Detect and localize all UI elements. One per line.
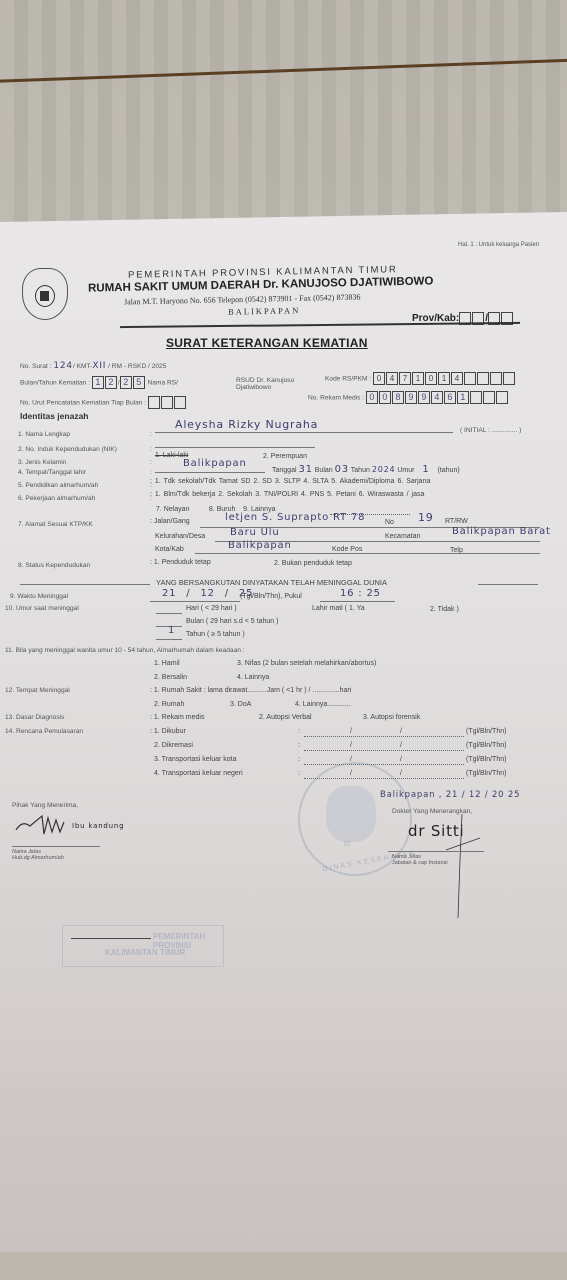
waktu-time-line [320,601,395,602]
dokter-sign-line [388,851,484,852]
digit-box: 1 [457,391,469,404]
death-banner: YANG BERSANGKUTAN DINYATAKAN TELAH MENIN… [156,578,387,587]
digit-box: 4 [431,391,443,404]
penerima-label: Pihak Yang Menerima, [12,802,78,809]
hari-line [156,613,182,614]
date-separator: / [400,728,402,735]
date-separator: / [400,770,402,777]
tempat-rumah-sakit: : 1. Rumah Sakit : lama dirawat.........… [150,687,351,694]
banner-line-left [20,584,150,585]
kota-label: Kota/Kab [155,546,184,553]
rtrw-label: RT/RW [445,518,468,525]
digit-box [477,372,489,385]
jalan-value: letjen S. Suprapto RT 78 [225,512,365,523]
stamp-number: 07 [344,842,351,848]
colon: : [298,756,300,763]
stamp-rect-line-2: KALIMANTAN TIMUR [105,948,185,957]
digit-box: 1 [412,372,424,385]
date-format: (Tgl/Bln/Thn) [466,728,506,735]
digit-box: 0 [379,391,391,404]
digit-box [464,372,476,385]
colon: : [298,770,300,777]
jk-perempuan-option: 2. Perempuan [263,453,307,460]
tahun-line [156,639,182,640]
digit-box [483,391,495,404]
umur-tahun-value: 1 [168,625,175,636]
nama-rs-value: RSUD Dr. Kanujoso Djatiwibowo [236,377,316,391]
digit-box: 0 [425,372,437,385]
signature-stroke [440,810,500,920]
place-date: Balikpapan , 21 / 12 / 20 25 [380,790,520,800]
kelurahan-label: Kelurahan/Desa [155,533,205,540]
pemulasaran-option: 4. Transportasi keluar negeri [154,770,243,777]
digit-box: 0 [366,391,378,404]
digit-box: 4 [451,372,463,385]
banner-line-right [478,584,538,585]
colon: : [150,446,152,453]
date-format: (Tgl/Bln/Thn) [466,770,506,777]
waktu-format: (Tgl/Bln/Thn), Pukul [240,593,302,600]
q11-label: 11. Bila yang meninggal wanita umur 10 -… [5,647,245,654]
identitas-field-label: 5. Pendidikan almarhum/ah [18,482,98,489]
diag-autopsi-forensik: 3. Autopsi forensik [363,714,420,721]
kota-value: Balikpapan [228,540,292,551]
identitas-field-label: 4. Tempat/Tanggal lahir [18,469,86,476]
lahir-mati-tidak: 2. Tidak ) [430,606,459,613]
tempat-lainnya: 4. Lainnya............ [295,701,351,708]
colon: : [298,728,300,735]
q11-lainnya: 4. Lainnya [237,674,269,681]
nama-line [155,432,453,433]
digit-box [470,391,482,404]
kode-rs-field: Kode RS/PKM : 0471014 [325,372,516,385]
colon: : [150,459,152,466]
tempat-doa: 3. DoA [230,701,251,708]
nama-value: Aleysha Rizky Nugraha [175,418,318,431]
document-title: SURAT KETERANGAN KEMATIAN [166,336,368,350]
no-surat-field: No. Surat : 124/ KMT-XII / RM - RSKD / 2… [20,361,166,371]
identitas-field-label: 8. Status Kependudukan [18,562,90,569]
penerima-relation: Ibu kandung [72,822,124,830]
identitas-field-label: 1. Nama Lengkap [18,431,70,438]
digit-box: 1 [92,376,104,389]
pekerjaan-options: : 1. Blm/Tdk bekerja 2. Sekolah 3. TNI/P… [150,491,424,498]
waktu-time-value: 16 : 25 [340,588,381,599]
pendidikan-options: : 1. Tdk sekolah/Tdk Tamat SD 2. SD 3. S… [150,478,430,485]
kecamatan-value: Balikpapan Barat [452,526,551,537]
penerima-signature [12,812,72,842]
date-separator: / [400,756,402,763]
dasar-diagnosis-label: 13. Dasar Diagnosis [5,714,64,721]
kecamatan-label: Kecamatan [385,533,420,540]
date-format: (Tgl/Bln/Thn) [466,742,506,749]
waktu-meninggal-label: 9. Waktu Meninggal [10,593,68,600]
identitas-heading: Identitas jenazah [20,411,89,421]
digit-box: 4 [386,372,398,385]
tempat-meninggal-label: 12. Tempat Meninggal [5,687,70,694]
identitas-field-label: 2. No. Induk Kependudukan (NIK) [18,446,117,453]
digit-box: 8 [392,391,404,404]
date-separator: / [350,728,352,735]
tempat-lahir-value: Balikpapan [183,458,247,469]
colon: : [150,431,152,438]
q11-nifas: 3. Nifas (2 bulan setelah melahirkan/abo… [237,660,376,667]
nik-line [155,447,315,448]
no-rekam-medis-field: No. Rekam Medis : 00899461 [308,391,509,404]
initial-field: ( INITIAL : .............. ) [460,427,521,434]
q11-hamil: 1. Hamil [154,660,180,667]
digit-box: 5 [133,376,145,389]
umur-hari: Hari ( < 29 hari ) [186,605,237,612]
digit-box: 9 [405,391,417,404]
pemulasaran-label: 14. Rencana Pemulasaran [5,728,83,735]
date-format: (Tgl/Bln/Thn) [466,756,506,763]
tempat-rumah: 2. Rumah [154,701,184,708]
umur-bulan: Bulan ( 29 hari s.d < 5 tahun ) [186,618,278,625]
status-bukan-penduduk: 2. Bukan penduduk tetap [274,560,352,567]
penerima-caption-2: Hub.dg Almarhum/ah [12,855,64,861]
colon: : [298,742,300,749]
kodepos-label: Kode Pos [332,546,362,553]
bulan-tahun-kematian-field: Bulan/Tahun Kematian : 12/25 Nama RS/ [20,376,178,389]
no-value: 19 [418,511,434,524]
wall-background [0,0,567,240]
pemulasaran-option: 3. Transportasi keluar kota [154,756,237,763]
pemulasaran-option: : 1. Dikubur [150,728,186,735]
status-penduduk-tetap: : 1. Penduduk tetap [150,559,211,566]
identitas-field-label: 3. Jenis Kelamin [18,459,66,466]
identitas-field-label: 6. Pekerjaan almarhum/ah [18,495,95,502]
digit-box [503,372,515,385]
penerima-sign-line [12,846,100,847]
date-line [304,764,464,765]
umur-tahun: Tahun ( ≥ 5 tahun ) [186,631,245,638]
identitas-field-label: 7. Alamat Sesuai KTP/KK [18,521,93,528]
jalan-label: : Jalan/Gang [150,518,190,525]
date-separator: / [350,742,352,749]
waktu-date-line [150,601,240,602]
digit-box: 1 [438,372,450,385]
diag-autopsi-verbal: 2. Autopsi Verbal [259,714,312,721]
digit-box [490,372,502,385]
date-line [304,736,464,737]
tanggal-lahir-field: Tanggal 31 Bulan 03 Tahun 2024 Umur 1 (t… [272,464,460,475]
header-city: BALIKPAPAN [228,305,300,317]
province-emblem-icon [22,268,68,320]
digit-box: 9 [418,391,430,404]
kota-line [195,553,540,554]
dokter-caption-2: Jabatan & cap Instansi [392,860,448,866]
no-label: No [385,519,394,526]
tempat-lahir-line [155,472,265,473]
pemulasaran-option: 2. Dikremasi [154,742,193,749]
digit-box: 6 [444,391,456,404]
date-line [304,750,464,751]
diag-rekam-medis: : 1. Rekam medis [150,714,204,721]
no-urut-field: No. Urut Pencatatan Kematian Tiap Bulan … [20,396,187,409]
digit-box [496,391,508,404]
digit-box: 2 [120,376,132,389]
colon: : [150,469,152,476]
q11-bersalin: 2. Bersalin [154,674,187,681]
kelurahan-value: Baru Ulu [230,527,279,538]
digit-box: 0 [373,372,385,385]
lahir-mati-ya: Lahir mati ( 1. Ya [312,605,365,612]
umur-meninggal-label: 10. Umur saat meninggal [5,605,79,612]
page-note: Hal. 1 : Untuk keluarga Pasien [458,242,539,248]
rectangular-stamp: PEMERINTAH PROVINSI KALIMANTAN TIMUR [62,925,224,967]
stamp-pen-line [71,938,151,939]
date-separator: / [400,742,402,749]
digit-box: 2 [105,376,117,389]
digit-box: 7 [399,372,411,385]
